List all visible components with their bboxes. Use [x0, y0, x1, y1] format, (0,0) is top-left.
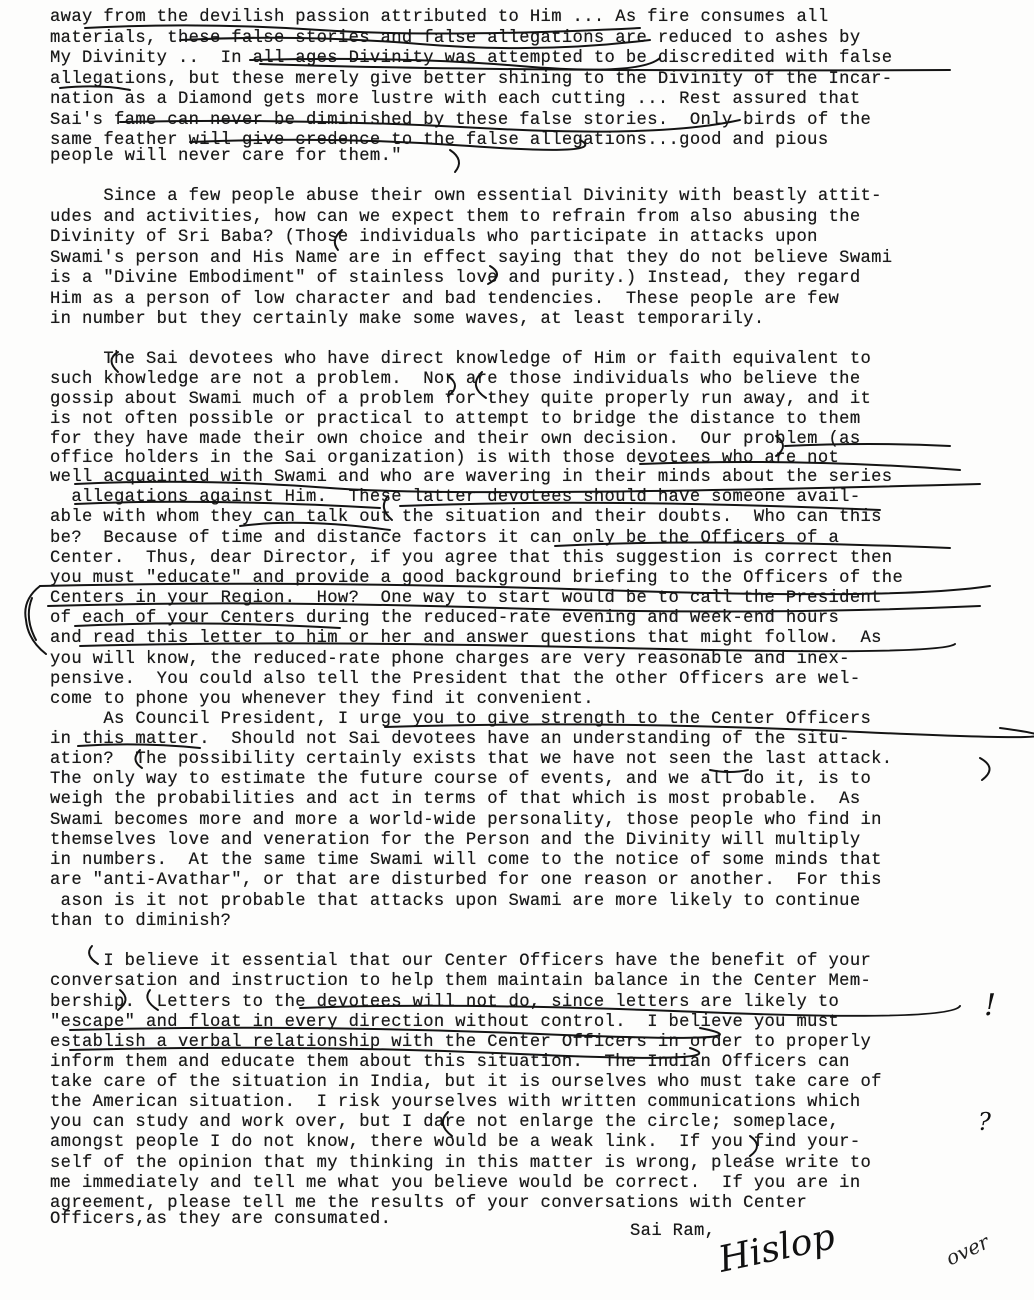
text-line: weigh the probabilities and act in terms… — [50, 790, 860, 810]
text-line: Centers in your Region. How? One way to … — [50, 589, 882, 609]
text-line: Sai's fame can never be diminished by th… — [50, 111, 871, 131]
closing-salutation: Sai Ram, — [630, 1222, 715, 1242]
text-line: and read this letter to him or her and a… — [50, 629, 882, 649]
scanned-letter-page: away from the devilish passion attribute… — [0, 0, 1034, 1300]
text-line: "escape" and float in every direction wi… — [50, 1013, 839, 1033]
text-line: Swami becomes more and more a world-wide… — [50, 811, 882, 831]
text-line: pensive. You could also tell the Preside… — [50, 670, 860, 690]
text-line: As Council President, I urge you to give… — [50, 710, 871, 730]
margin-exclamation-mark: ! — [984, 988, 996, 1023]
text-line: well acquainted with Swami and who are w… — [50, 468, 892, 488]
text-line: conversation and instruction to help the… — [50, 972, 871, 992]
handwritten-over-note: over — [942, 1230, 993, 1271]
text-line: establish a verbal relationship with the… — [50, 1033, 871, 1053]
text-line: bership. Letters to the devotees will no… — [50, 993, 839, 1013]
text-line: is a "Divine Embodiment" of stainless lo… — [50, 269, 860, 289]
text-line: gossip about Swami much of a problem for… — [50, 390, 871, 410]
text-line: ation? The possibility certainly exists … — [50, 750, 892, 770]
text-line: allegations, but these merely give bette… — [50, 70, 892, 90]
text-line: My Divinity .. In all ages Divinity was … — [50, 49, 892, 69]
text-line: of each of your Centers during the reduc… — [50, 609, 839, 629]
text-line: udes and activities, how can we expect t… — [50, 208, 860, 228]
text-line: for they have made their own choice and … — [50, 430, 860, 450]
text-line: you can study and work over, but I dare … — [50, 1113, 839, 1133]
text-line: are "anti-Avathar", or that are disturbe… — [50, 871, 882, 891]
text-line: materials, these false stories and false… — [50, 29, 860, 49]
text-line: in number but they certainly make some w… — [50, 310, 765, 330]
text-line: Swami's person and His Name are in effec… — [50, 249, 892, 269]
text-line: I believe it essential that our Center O… — [50, 952, 871, 972]
text-line: office holders in the Sai organization) … — [50, 449, 839, 469]
text-line: take care of the situation in India, but… — [50, 1073, 882, 1093]
text-line: than to diminish? — [50, 912, 231, 932]
text-line: nation as a Diamond gets more lustre wit… — [50, 90, 860, 110]
text-line: be? Because of time and distance factors… — [50, 529, 839, 549]
margin-question-mark: ? — [978, 1108, 991, 1136]
text-line: Officers,as they are consumated. — [50, 1210, 391, 1230]
text-line: Him as a person of low character and bad… — [50, 290, 839, 310]
text-line: Divinity of Sri Baba? (Those individuals… — [50, 228, 818, 248]
text-line: themselves love and veneration for the P… — [50, 831, 860, 851]
text-line: Center. Thus, dear Director, if you agre… — [50, 549, 892, 569]
text-line: such knowledge are not a problem. Nor ar… — [50, 370, 860, 390]
text-line: you will know, the reduced-rate phone ch… — [50, 650, 850, 670]
text-line: ason is it not probable that attacks upo… — [50, 892, 860, 912]
text-line: The only way to estimate the future cour… — [50, 770, 871, 790]
text-line: self of the opinion that my thinking in … — [50, 1154, 871, 1174]
text-line: allegations against Him. These latter de… — [50, 488, 860, 508]
text-line: is not often possible or practical to at… — [50, 410, 860, 430]
text-line: people will never care for them." — [50, 147, 402, 167]
text-line: in this matter. Should not Sai devotees … — [50, 730, 850, 750]
text-line: able with whom they can talk out the sit… — [50, 508, 882, 528]
text-line: me immediately and tell me what you beli… — [50, 1174, 860, 1194]
text-line: you must "educate" and provide a good ba… — [50, 569, 903, 589]
handwritten-signature: Hislop — [715, 1216, 839, 1281]
text-line: inform them and educate them about this … — [50, 1053, 850, 1073]
text-line: away from the devilish passion attribute… — [50, 8, 828, 28]
text-line: the American situation. I risk yourselve… — [50, 1093, 860, 1113]
text-line: The Sai devotees who have direct knowled… — [50, 350, 871, 370]
text-line: amongst people I do not know, there woul… — [50, 1133, 860, 1153]
text-line: in numbers. At the same time Swami will … — [50, 851, 882, 871]
text-line: Since a few people abuse their own essen… — [50, 187, 882, 207]
text-line: come to phone you whenever they find it … — [50, 690, 594, 710]
